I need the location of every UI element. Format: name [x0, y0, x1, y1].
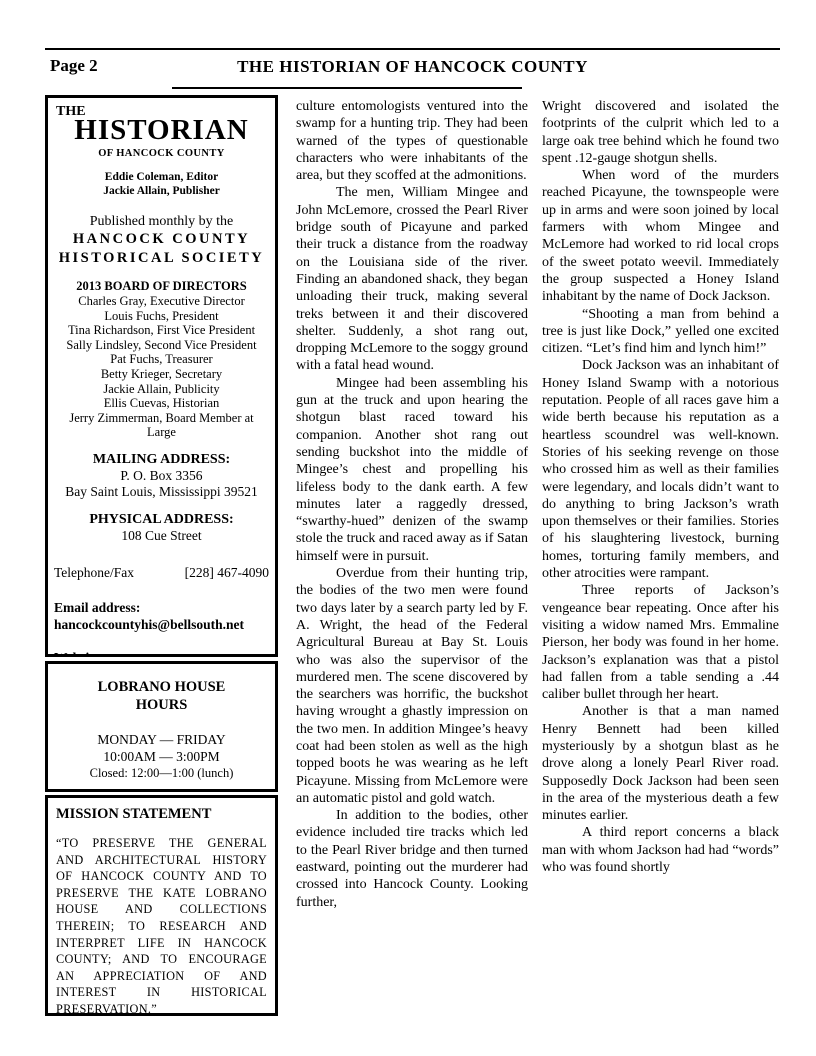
header-top-rule	[45, 48, 780, 50]
phone-row: Telephone/Fax [228] 467-4090	[54, 565, 269, 581]
article-paragraph: The men, William Mingee and John McLemor…	[296, 184, 528, 374]
mission-box: MISSION STATEMENT “TO PRESERVE THE GENER…	[45, 795, 278, 1016]
society-name-line1: HANCOCK COUNTY	[54, 230, 269, 249]
publisher-credit: Jackie Allain, Publisher	[54, 185, 269, 199]
article-paragraph: Overdue from their hunting trip, the bod…	[296, 565, 528, 807]
board-member: Jerry Zimmerman, Board Member at Large	[54, 411, 269, 440]
newsletter-header-title: THE HISTORIAN OF HANCOCK COUNTY	[45, 57, 780, 77]
hours-title: LOBRANO HOUSE HOURS	[52, 678, 271, 714]
physical-address-line1: 108 Cue Street	[54, 528, 269, 544]
board-heading: 2013 BOARD OF DIRECTORS	[54, 279, 269, 294]
board-member: Ellis Cuevas, Historian	[54, 396, 269, 411]
mission-text: “TO PRESERVE THE GENERAL AND ARCHITECTUR…	[56, 835, 267, 1016]
hours-title-line1: LOBRANO HOUSE	[52, 678, 271, 696]
board-member: Betty Krieger, Secretary	[54, 367, 269, 382]
article-paragraph: Wright discovered and isolated the footp…	[542, 98, 779, 167]
phone-number: [228] 467-4090	[185, 565, 269, 581]
hours-times: 10:00AM — 3:00PM	[52, 748, 271, 765]
society-name-line2: HISTORICAL SOCIETY	[54, 249, 269, 268]
mailing-address-line1: P. O. Box 3356	[54, 468, 269, 484]
board-member: Louis Fuchs, President	[54, 309, 269, 324]
article-paragraph: Mingee had been assembling his gun at th…	[296, 375, 528, 565]
hours-days: MONDAY — FRIDAY	[52, 731, 271, 748]
hours-title-line2: HOURS	[52, 696, 271, 714]
website-label: Website:	[54, 649, 269, 657]
article-paragraph: “Shooting a man from behind a tree is ju…	[542, 306, 779, 358]
board-member: Jackie Allain, Publicity	[54, 382, 269, 397]
hours-closed-note: Closed: 12:00—1:00 (lunch)	[52, 765, 271, 781]
article-column-2: Wright discovered and isolated the footp…	[542, 98, 779, 1016]
article-paragraph: In addition to the bodies, other evidenc…	[296, 807, 528, 911]
hours-box: LOBRANO HOUSE HOURS MONDAY — FRIDAY 10:0…	[45, 661, 278, 792]
article-paragraph: Dock Jackson was an inhabitant of Honey …	[542, 357, 779, 582]
email-address: hancockcountyhis@bellsouth.net	[54, 616, 269, 633]
masthead-subtitle: OF HANCOCK COUNTY	[54, 148, 269, 159]
physical-address-heading: PHYSICAL ADDRESS:	[54, 512, 269, 528]
phone-label: Telephone/Fax	[54, 565, 134, 581]
mailing-address-heading: MAILING ADDRESS:	[54, 452, 269, 468]
board-member: Tina Richardson, First Vice President	[54, 323, 269, 338]
board-member: Charles Gray, Executive Director	[54, 294, 269, 309]
masthead-title: HISTORIAN	[54, 114, 269, 147]
header-sub-rule	[172, 87, 522, 89]
article-paragraph: Three reports of Jackson’s vengeance bea…	[542, 582, 779, 703]
article-column-1: culture entomologists ventured into the …	[296, 98, 528, 1016]
article-paragraph: Another is that a man named Henry Bennet…	[542, 703, 779, 824]
mission-heading: MISSION STATEMENT	[56, 806, 267, 823]
article-paragraph: A third report concerns a black man with…	[542, 824, 779, 876]
published-line: Published monthly by the	[54, 213, 269, 230]
editor-credit: Eddie Coleman, Editor	[54, 171, 269, 185]
article-paragraph: When word of the murders reached Picayun…	[542, 167, 779, 305]
masthead-box: THE HISTORIAN OF HANCOCK COUNTY Eddie Co…	[45, 95, 278, 657]
newsletter-page: Page 2 THE HISTORIAN OF HANCOCK COUNTY T…	[0, 0, 816, 1056]
sidebar: THE HISTORIAN OF HANCOCK COUNTY Eddie Co…	[45, 95, 278, 1016]
board-member: Sally Lindsley, Second Vice President	[54, 338, 269, 353]
article-paragraph: culture entomologists ventured into the …	[296, 98, 528, 184]
mailing-address-line2: Bay Saint Louis, Mississippi 39521	[54, 484, 269, 500]
board-member: Pat Fuchs, Treasurer	[54, 352, 269, 367]
email-label: Email address:	[54, 599, 269, 616]
